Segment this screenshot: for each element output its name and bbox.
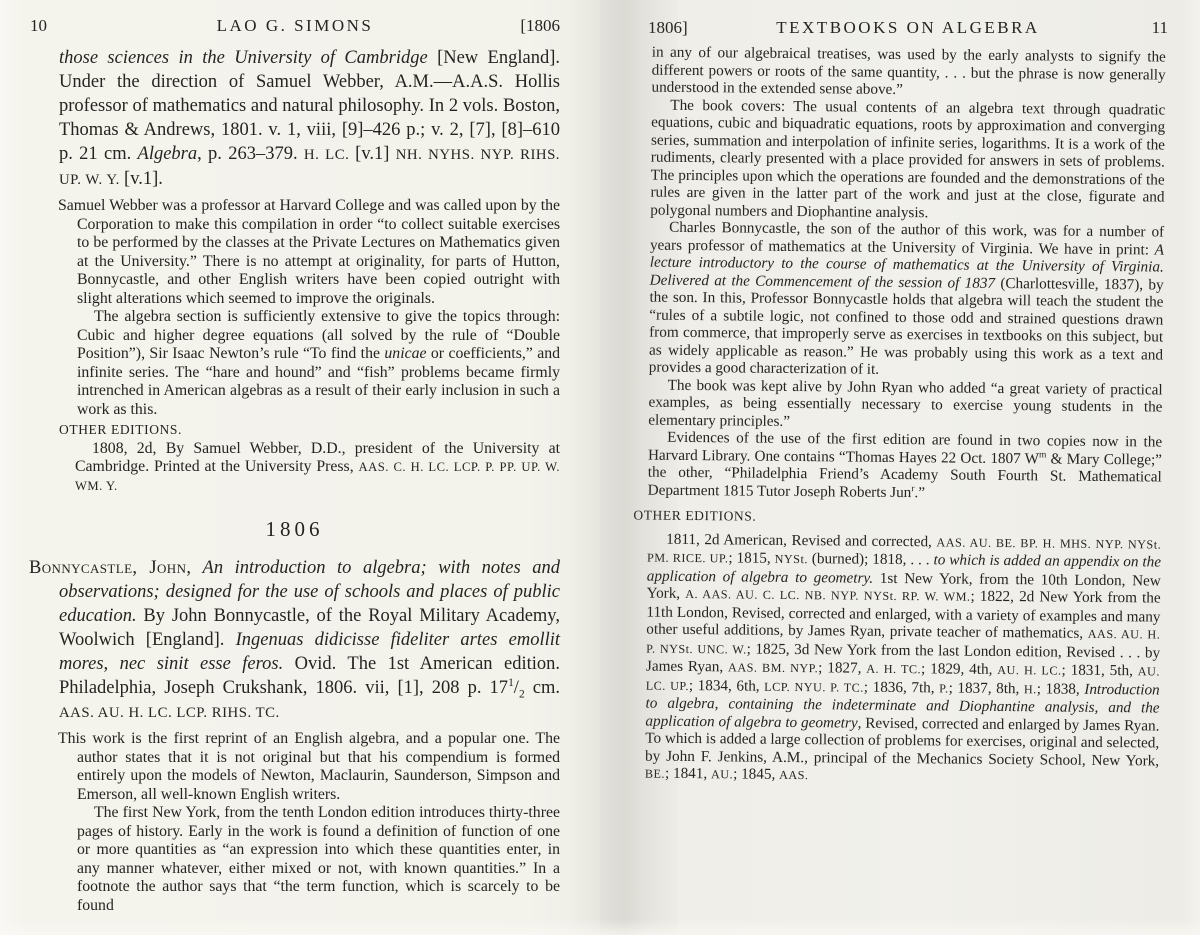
text-segment: ; 1841, [665, 765, 711, 782]
text-segment: ; 1829, 4th, [921, 660, 997, 678]
text-segment: This work is the first reprint of an Eng… [58, 730, 560, 803]
annotation-paragraph: The first New York, from the tenth Londo… [77, 804, 560, 915]
paragraph-john-ryan: The book was kept alive by John Ryan who… [648, 376, 1162, 433]
right-running-header: 1806] TEXTBOOKS ON ALGEBRA 11 [600, 0, 1200, 38]
page-right: 1806] TEXTBOOKS ON ALGEBRA 11 in any of … [600, 0, 1200, 935]
text-segment: Charles Bonnycastle, the son of the auth… [650, 219, 1164, 258]
text-segment: Algebra [138, 144, 198, 164]
page-left: 10 LAO G. SIMONS [1806 those sciences in… [0, 0, 600, 935]
continuation-paragraph: in any of our algebraical treatises, was… [651, 44, 1165, 101]
text-segment: AAS. BM. NYP. [728, 660, 818, 675]
annotation-paragraph: The algebra section is sufficiently exte… [77, 308, 560, 419]
text-segment: The first New York, from the tenth Londo… [77, 804, 560, 914]
paragraph-book-covers: The book covers: The usual contents of a… [650, 96, 1165, 223]
text-segment: H. LC. [304, 147, 355, 163]
text-segment: H. [1024, 682, 1037, 696]
book-spread: 10 LAO G. SIMONS [1806 those sciences in… [0, 0, 1200, 935]
other-editions-label: OTHER EDITIONS. [59, 421, 560, 440]
text-segment: Samuel Webber was a professor at Harvard… [58, 197, 560, 307]
text-segment: BE. [645, 767, 665, 781]
left-running-title: LAO G. SIMONS [217, 16, 374, 36]
text-segment: [v.1]. [124, 169, 163, 189]
right-running-title: TEXTBOOKS ON ALGEBRA [776, 18, 1039, 38]
section-heading-1806: 1806 [29, 517, 560, 542]
text-segment: ; 1831, 5th, [1061, 662, 1137, 680]
editions-list-paragraph: 1811, 2d American, Revised and corrected… [645, 530, 1161, 788]
entry-continuation-paragraph: those sciences in the University of Camb… [59, 46, 560, 192]
text-segment: (burned); 1818, . . . [808, 550, 934, 568]
text-segment: ; 1815, [728, 549, 774, 566]
entry-bonnycastle: Bonnycastle, John, An introduction to al… [59, 556, 560, 725]
text-segment: ; 1827, [818, 659, 866, 676]
text-segment: ; 1836, 7th, [864, 678, 939, 696]
text-segment: unicae [384, 345, 426, 362]
text-segment: The book covers: The usual contents of a… [650, 96, 1165, 220]
text-segment: ; 1838, [1037, 680, 1085, 697]
text-segment: AU. [711, 767, 733, 781]
text-segment: The book was kept alive by John Ryan who… [648, 376, 1162, 429]
paragraph-charles-bonnycastle: Charles Bonnycastle, the son of the auth… [649, 219, 1164, 381]
text-segment: ; 1845, [733, 765, 779, 782]
text-segment: [v.1] [355, 144, 396, 164]
left-running-header: 10 LAO G. SIMONS [1806 [0, 0, 600, 36]
right-page-number: 11 [1040, 18, 1168, 38]
right-page-body: in any of our algebraical treatises, was… [600, 35, 1200, 788]
text-segment: AU. H. LC. [997, 663, 1061, 678]
text-segment: AAS. [779, 768, 808, 782]
text-segment: AAS. AU. H. LC. LCP. RIHS. TC. [59, 705, 280, 721]
text-segment: , p. 263–379. [197, 144, 304, 164]
text-segment: ; 1837, 8th, [949, 679, 1024, 697]
text-segment: A. H. TC. [866, 662, 921, 677]
text-segment: cm. [525, 678, 560, 698]
text-segment: in any of our algebraical treatises, was… [651, 44, 1165, 98]
text-segment: P. [939, 681, 949, 695]
annotation-block-webber: Samuel Webber was a professor at Harvard… [77, 197, 560, 419]
annotation-block-bonnycastle: This work is the first reprint of an Eng… [77, 730, 560, 915]
text-segment: 1811, 2d American, Revised and corrected… [666, 530, 936, 550]
text-segment: Bonnycastle, John [29, 558, 186, 578]
text-segment: those sciences in the University of Camb… [59, 48, 437, 68]
text-segment: .” [914, 484, 925, 501]
annotation-paragraph: Samuel Webber was a professor at Harvard… [77, 197, 560, 308]
text-segment: LCP. NYU. P. TC. [764, 679, 864, 694]
left-year-corner: [1806 [373, 16, 560, 36]
annotation-paragraph: This work is the first reprint of an Eng… [77, 730, 560, 804]
other-editions-label: OTHER EDITIONS. [633, 506, 1161, 529]
left-page-number: 10 [30, 16, 217, 36]
text-segment: A. AAS. AU. C. LC. NB. NYP. NYSt. RP. W.… [685, 587, 970, 604]
text-segment: NYSt. [775, 552, 808, 566]
left-page-body: those sciences in the University of Camb… [0, 36, 600, 915]
text-segment: ; 1834, 6th, [689, 677, 764, 695]
paragraph-evidences: Evidences of the use of the first editio… [648, 429, 1163, 504]
edition-1808-paragraph: 1808, 2d, By Samuel Webber, D.D., presid… [75, 440, 560, 496]
text-segment: , [186, 558, 202, 578]
